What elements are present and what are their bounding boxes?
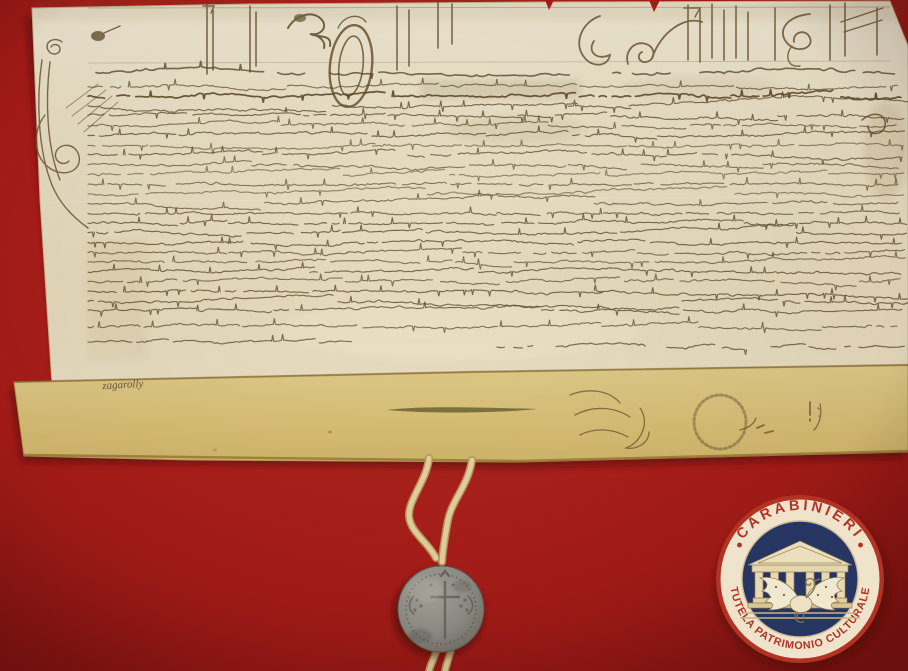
badge-separator-dot — [858, 543, 863, 548]
manuscript-photo-canvas: zagarolly — [0, 0, 908, 671]
badge-separator-dot — [737, 543, 742, 548]
evidence-photo-manuscript: zagarolly — [0, 0, 908, 671]
